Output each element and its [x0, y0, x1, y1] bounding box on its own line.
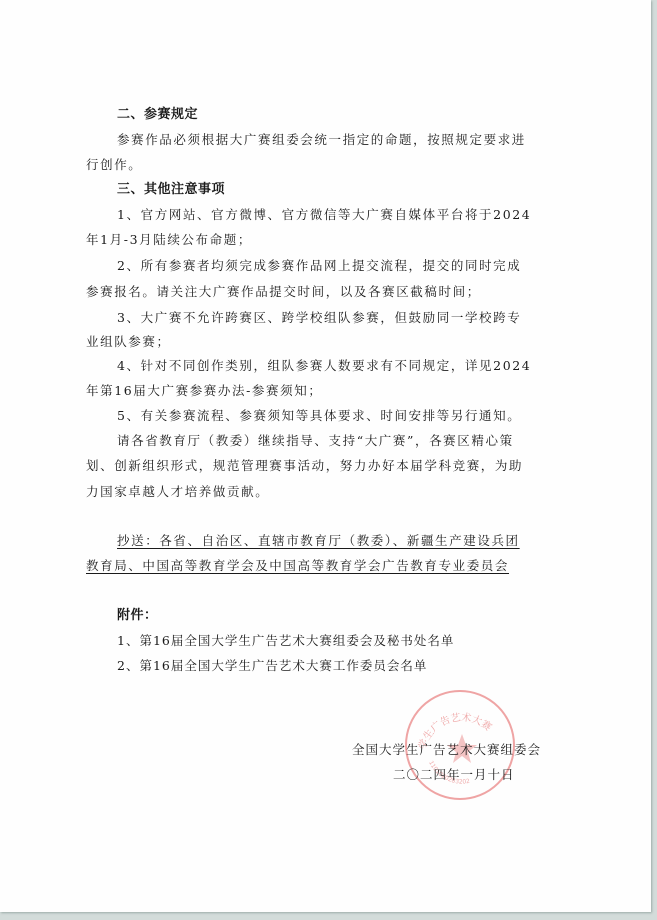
attachment-item: 2、第16届全国大学生广告艺术大赛工作委员会名单 [117, 658, 597, 674]
paragraph-line: 1、官方网站、官方微博、官方微信等大广赛自媒体平台将于2024 [117, 207, 597, 223]
paragraph-line: 请各省教育厅（教委）继续指导、支持“大广赛”，各赛区精心策 [117, 433, 597, 449]
paragraph-line: 3、大广赛不允许跨赛区、跨学校组队参赛，但鼓励同一学校跨专 [117, 310, 597, 326]
signature-organization: 全国大学生广告艺术大赛组委会 [352, 740, 541, 758]
paragraph-line: 年第16届大广赛参赛办法-参赛须知； [86, 383, 566, 399]
paragraph-line: 4、针对不同创作类别，组队参赛人数要求有不同规定，详见2024 [117, 358, 597, 374]
paragraph-line: 参赛报名。请关注大广赛作品提交时间，以及各赛区截稿时间； [86, 284, 566, 300]
attachment-item: 1、第16届全国大学生广告艺术大赛组委会及秘书处名单 [117, 633, 597, 649]
section-heading-rules: 二、参赛规定 [117, 107, 597, 123]
paragraph-line: 行创作。 [86, 157, 566, 173]
cc-line: 抄送：各省、自治区、直辖市教育厅（教委）、新疆生产建设兵团 [117, 533, 597, 549]
signature-date: 二〇二四年一月十日 [393, 765, 515, 783]
paragraph-line: 5、有关参赛流程、参赛须知等具体要求、时间安排等另行通知。 [117, 408, 597, 424]
paragraph-line: 年1月-3月陆续公布命题； [86, 232, 566, 248]
document-page: 二、参赛规定 参赛作品必须根据大广赛组委会统一指定的命题，按照规定要求进 行创作… [0, 0, 651, 912]
paragraph-line: 力国家卓越人才培养做贡献。 [86, 484, 566, 500]
paragraph-line: 2、所有参赛者均须完成参赛作品网上提交流程，提交的同时完成 [117, 258, 597, 274]
section-heading-notes: 三、其他注意事项 [117, 182, 597, 198]
paragraph-line: 业组队参赛； [86, 334, 566, 350]
paragraph-line: 划、创新组织形式，规范管理赛事活动，努力办好本届学科竞赛，为助 [86, 458, 566, 474]
cc-line: 教育局、中国高等教育学会及中国高等教育学会广告教育专业委员会 [86, 558, 566, 574]
paragraph-line: 参赛作品必须根据大广赛组委会统一指定的命题，按照规定要求进 [117, 132, 597, 148]
attachments-heading: 附件： [117, 608, 597, 624]
